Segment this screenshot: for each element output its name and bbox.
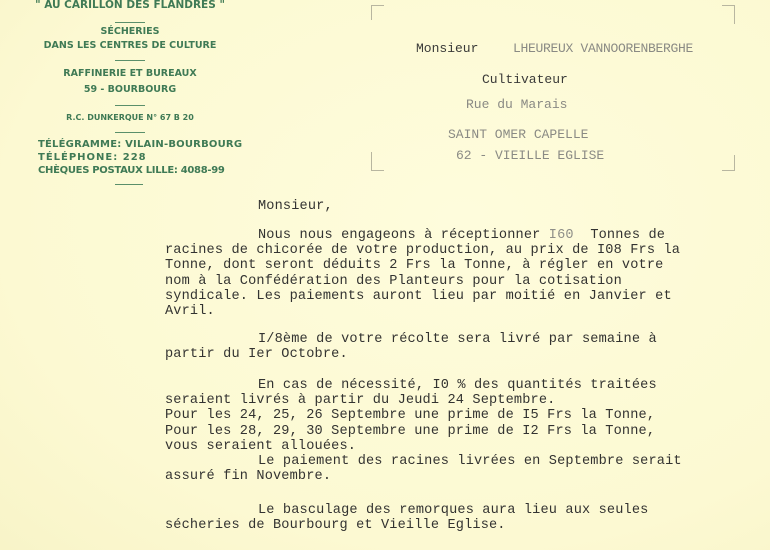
recipient-postal-city: 62 - VIEILLE EGLISE [456,148,604,163]
paragraph-3-line: Pour les 24, 25, 26 Septembre une prime … [165,408,655,423]
window-corner-bottom-right [722,155,735,171]
paragraph-1-line: Avril. [165,304,215,319]
paragraph-1-line: syndicale. Les paiements auront lieu par… [165,289,672,304]
company-name: " AU CARILLON DES FLANDRES " [30,0,230,11]
rc-label: R.C. DUNKERQUE N° 67 B 20 [30,113,230,122]
divider [115,132,145,133]
paragraph-3-line: seraient livrés à partir du Jeudi 24 Sep… [165,393,555,408]
divider [115,105,145,106]
paragraph-1-line: Nous nous engageons à réceptionner I60 T… [258,228,665,243]
window-corner-bottom-left [371,152,384,171]
paragraph-3-line: Pour les 28, 29, 30 Septembre une prime … [165,424,655,439]
text-segment: Nous nous engageons à réceptionner [258,228,549,243]
paragraph-4-line: sécheries de Bourbourg et Vieille Eglise… [165,518,506,533]
divider [115,22,145,23]
window-corner-top-right [722,5,735,24]
paragraph-3-line: Le paiement des racines livrées en Septe… [258,454,682,469]
recipient-street: Rue du Marais [466,97,567,112]
paragraph-2-line: partir du Ier Octobre. [165,347,348,362]
greeting: Monsieur, [258,199,333,214]
telegram-line: TÉLÉGRAMME: VILAIN-BOURBOURG [38,139,242,150]
divider [115,184,143,185]
window-corner-top-left [371,5,384,20]
centres-label: DANS LES CENTRES DE CULTURE [30,40,230,51]
paragraph-1-line: nom à la Confédération des Planteurs pou… [165,274,622,289]
paragraph-1-line: racines de chicorée de votre production,… [165,243,680,258]
paragraph-3-line: En cas de nécessité, I0 % des quantités … [258,378,657,393]
city-label: 59 - BOURBOURG [30,84,230,95]
recipient-occupation: Cultivateur [482,72,568,87]
divider [115,60,145,61]
paragraph-4-line: Le basculage des remorques aura lieu aux… [258,503,648,518]
paragraph-3-line: vous seraient allouées. [165,439,356,454]
paragraph-3-line: assuré fin Novembre. [165,469,331,484]
letter-page: " AU CARILLON DES FLANDRES " SÉCHERIES D… [0,0,770,550]
text-segment: Tonnes de [574,228,665,243]
recipient-locality: SAINT OMER CAPELLE [448,127,588,142]
tonnage-value: I60 [549,228,574,243]
cheques-line: CHÈQUES POSTAUX LILLE: 4088-99 [38,165,225,176]
secheries-label: SÉCHERIES [30,26,230,37]
raffinerie-label: RAFFINERIE ET BUREAUX [30,68,230,79]
paragraph-2-line: I/8ème de votre récolte sera livré par s… [258,332,657,347]
recipient-name: LHEUREUX VANNOORENBERGHE [513,41,693,56]
recipient-salutation: Monsieur [416,41,478,56]
paragraph-1-line: Tonne, dont seront déduits 2 Frs la Tonn… [165,258,663,273]
telephone-line: TÉLÉPHONE: 228 [38,152,147,163]
